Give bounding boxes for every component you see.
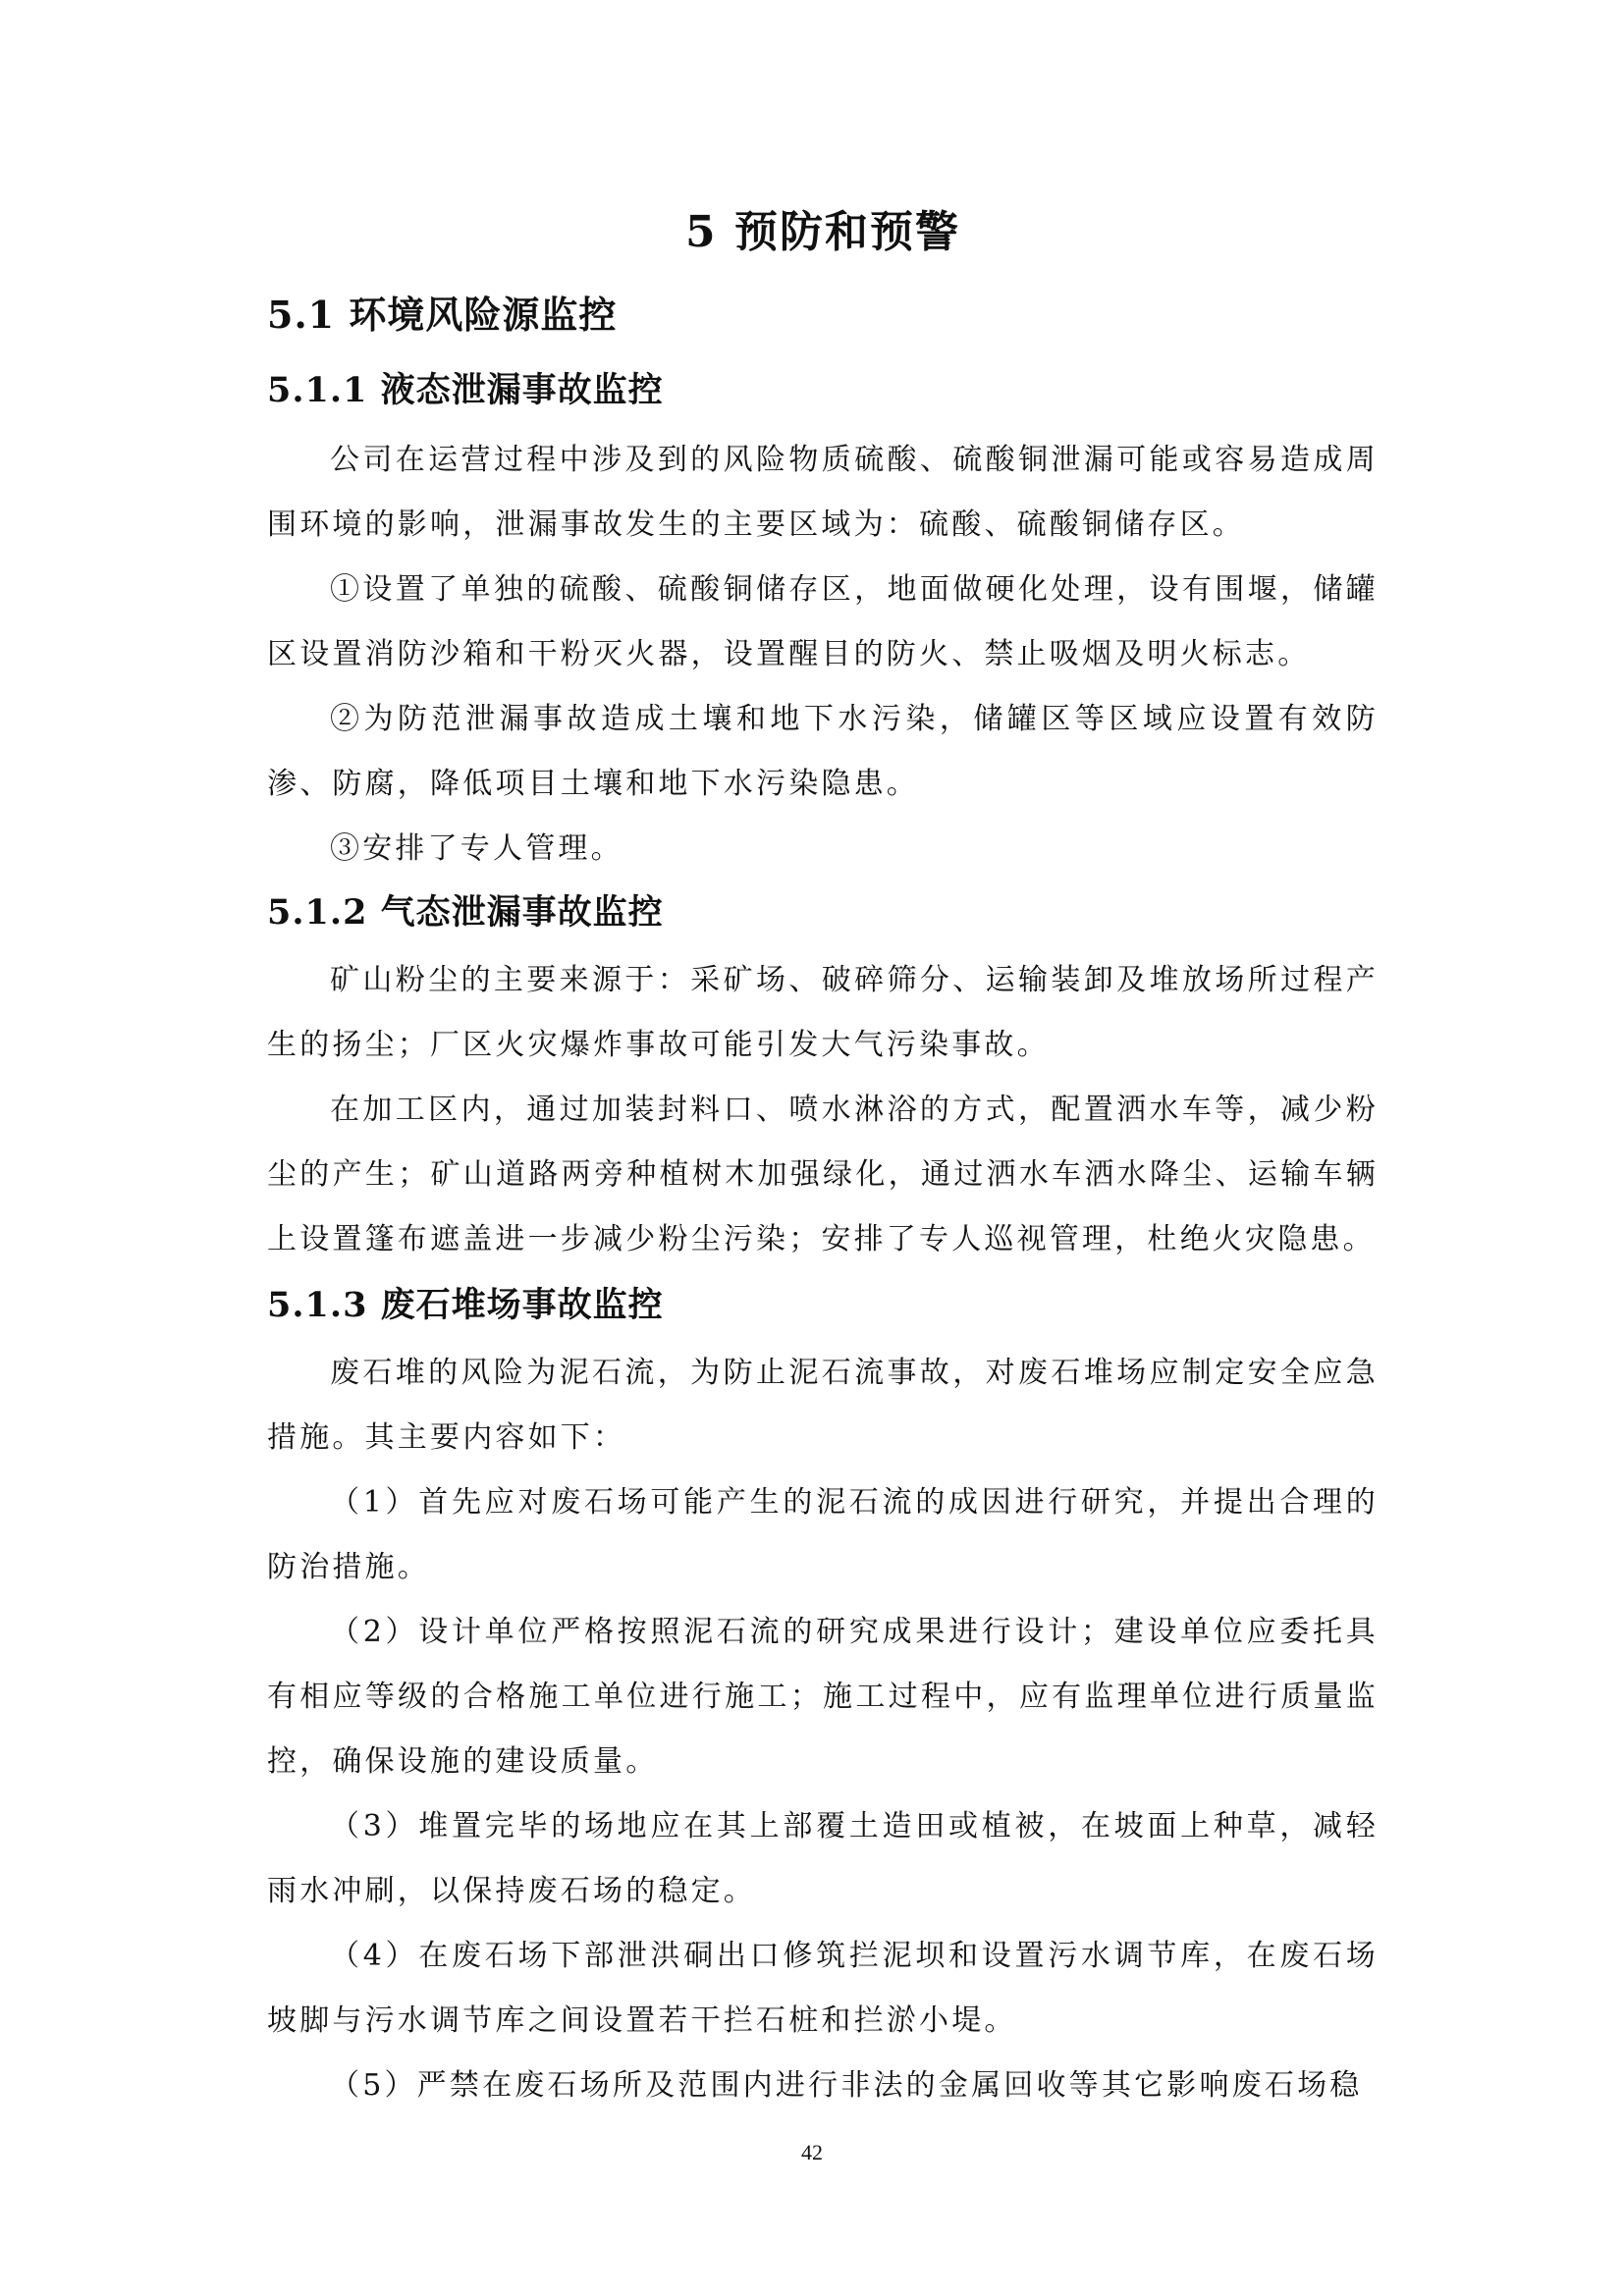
chapter-title: 5 预防和预警 <box>267 196 1379 259</box>
list-item: ①设置了单独的硫酸、硫酸铜储存区，地面做硬化处理，设有围堰，储罐区设置消防沙箱和… <box>267 558 1379 687</box>
paragraph: 公司在运营过程中涉及到的风险物质硫酸、硫酸铜泄漏可能或容易造成周围环境的影响，泄… <box>267 428 1379 558</box>
list-item: （2）设计单位严格按照泥石流的研究成果进行设计；建设单位应委托具有相应等级的合格… <box>267 1600 1379 1794</box>
section-heading-5-1-2: 5.1.2 气态泄漏事故监控 <box>267 885 664 934</box>
paragraph: 矿山粉尘的主要来源于：采矿场、破碎筛分、运输装卸及堆放场所过程产生的扬尘；厂区火… <box>267 948 1379 1078</box>
paragraph: 在加工区内，通过加装封料口、喷水淋浴的方式，配置洒水车等，减少粉尘的产生；矿山道… <box>267 1078 1379 1272</box>
list-item: （5）严禁在废石场所及范围内进行非法的金属回收等其它影响废石场稳 <box>267 2054 1379 2118</box>
list-item: （3）堆置完毕的场地应在其上部覆土造田或植被，在坡面上种草，减轻雨水冲刷，以保持… <box>267 1794 1379 1924</box>
section-heading-5-1-1: 5.1.1 液态泄漏事故监控 <box>267 363 664 412</box>
list-item: （4）在废石场下部泄洪硐出口修筑拦泥坝和设置污水调节库，在废石场坡脚与污水调节库… <box>267 1924 1379 2054</box>
list-item: ③安排了专人管理。 <box>267 817 1379 881</box>
section-heading-5-1: 5.1 环境风险源监控 <box>267 285 617 339</box>
list-item: ②为防范泄漏事故造成土壤和地下水污染，储罐区等区域应设置有效防渗、防腐，降低项目… <box>267 687 1379 817</box>
paragraph: 废石堆的风险为泥石流，为防止泥石流事故，对废石堆场应制定安全应急措施。其主要内容… <box>267 1341 1379 1470</box>
list-item: （1）首先应对废石场可能产生的泥石流的成因进行研究，并提出合理的防治措施。 <box>267 1470 1379 1600</box>
section-heading-5-1-3: 5.1.3 废石堆场事故监控 <box>267 1278 664 1327</box>
page-number: 42 <box>0 2140 1624 2165</box>
